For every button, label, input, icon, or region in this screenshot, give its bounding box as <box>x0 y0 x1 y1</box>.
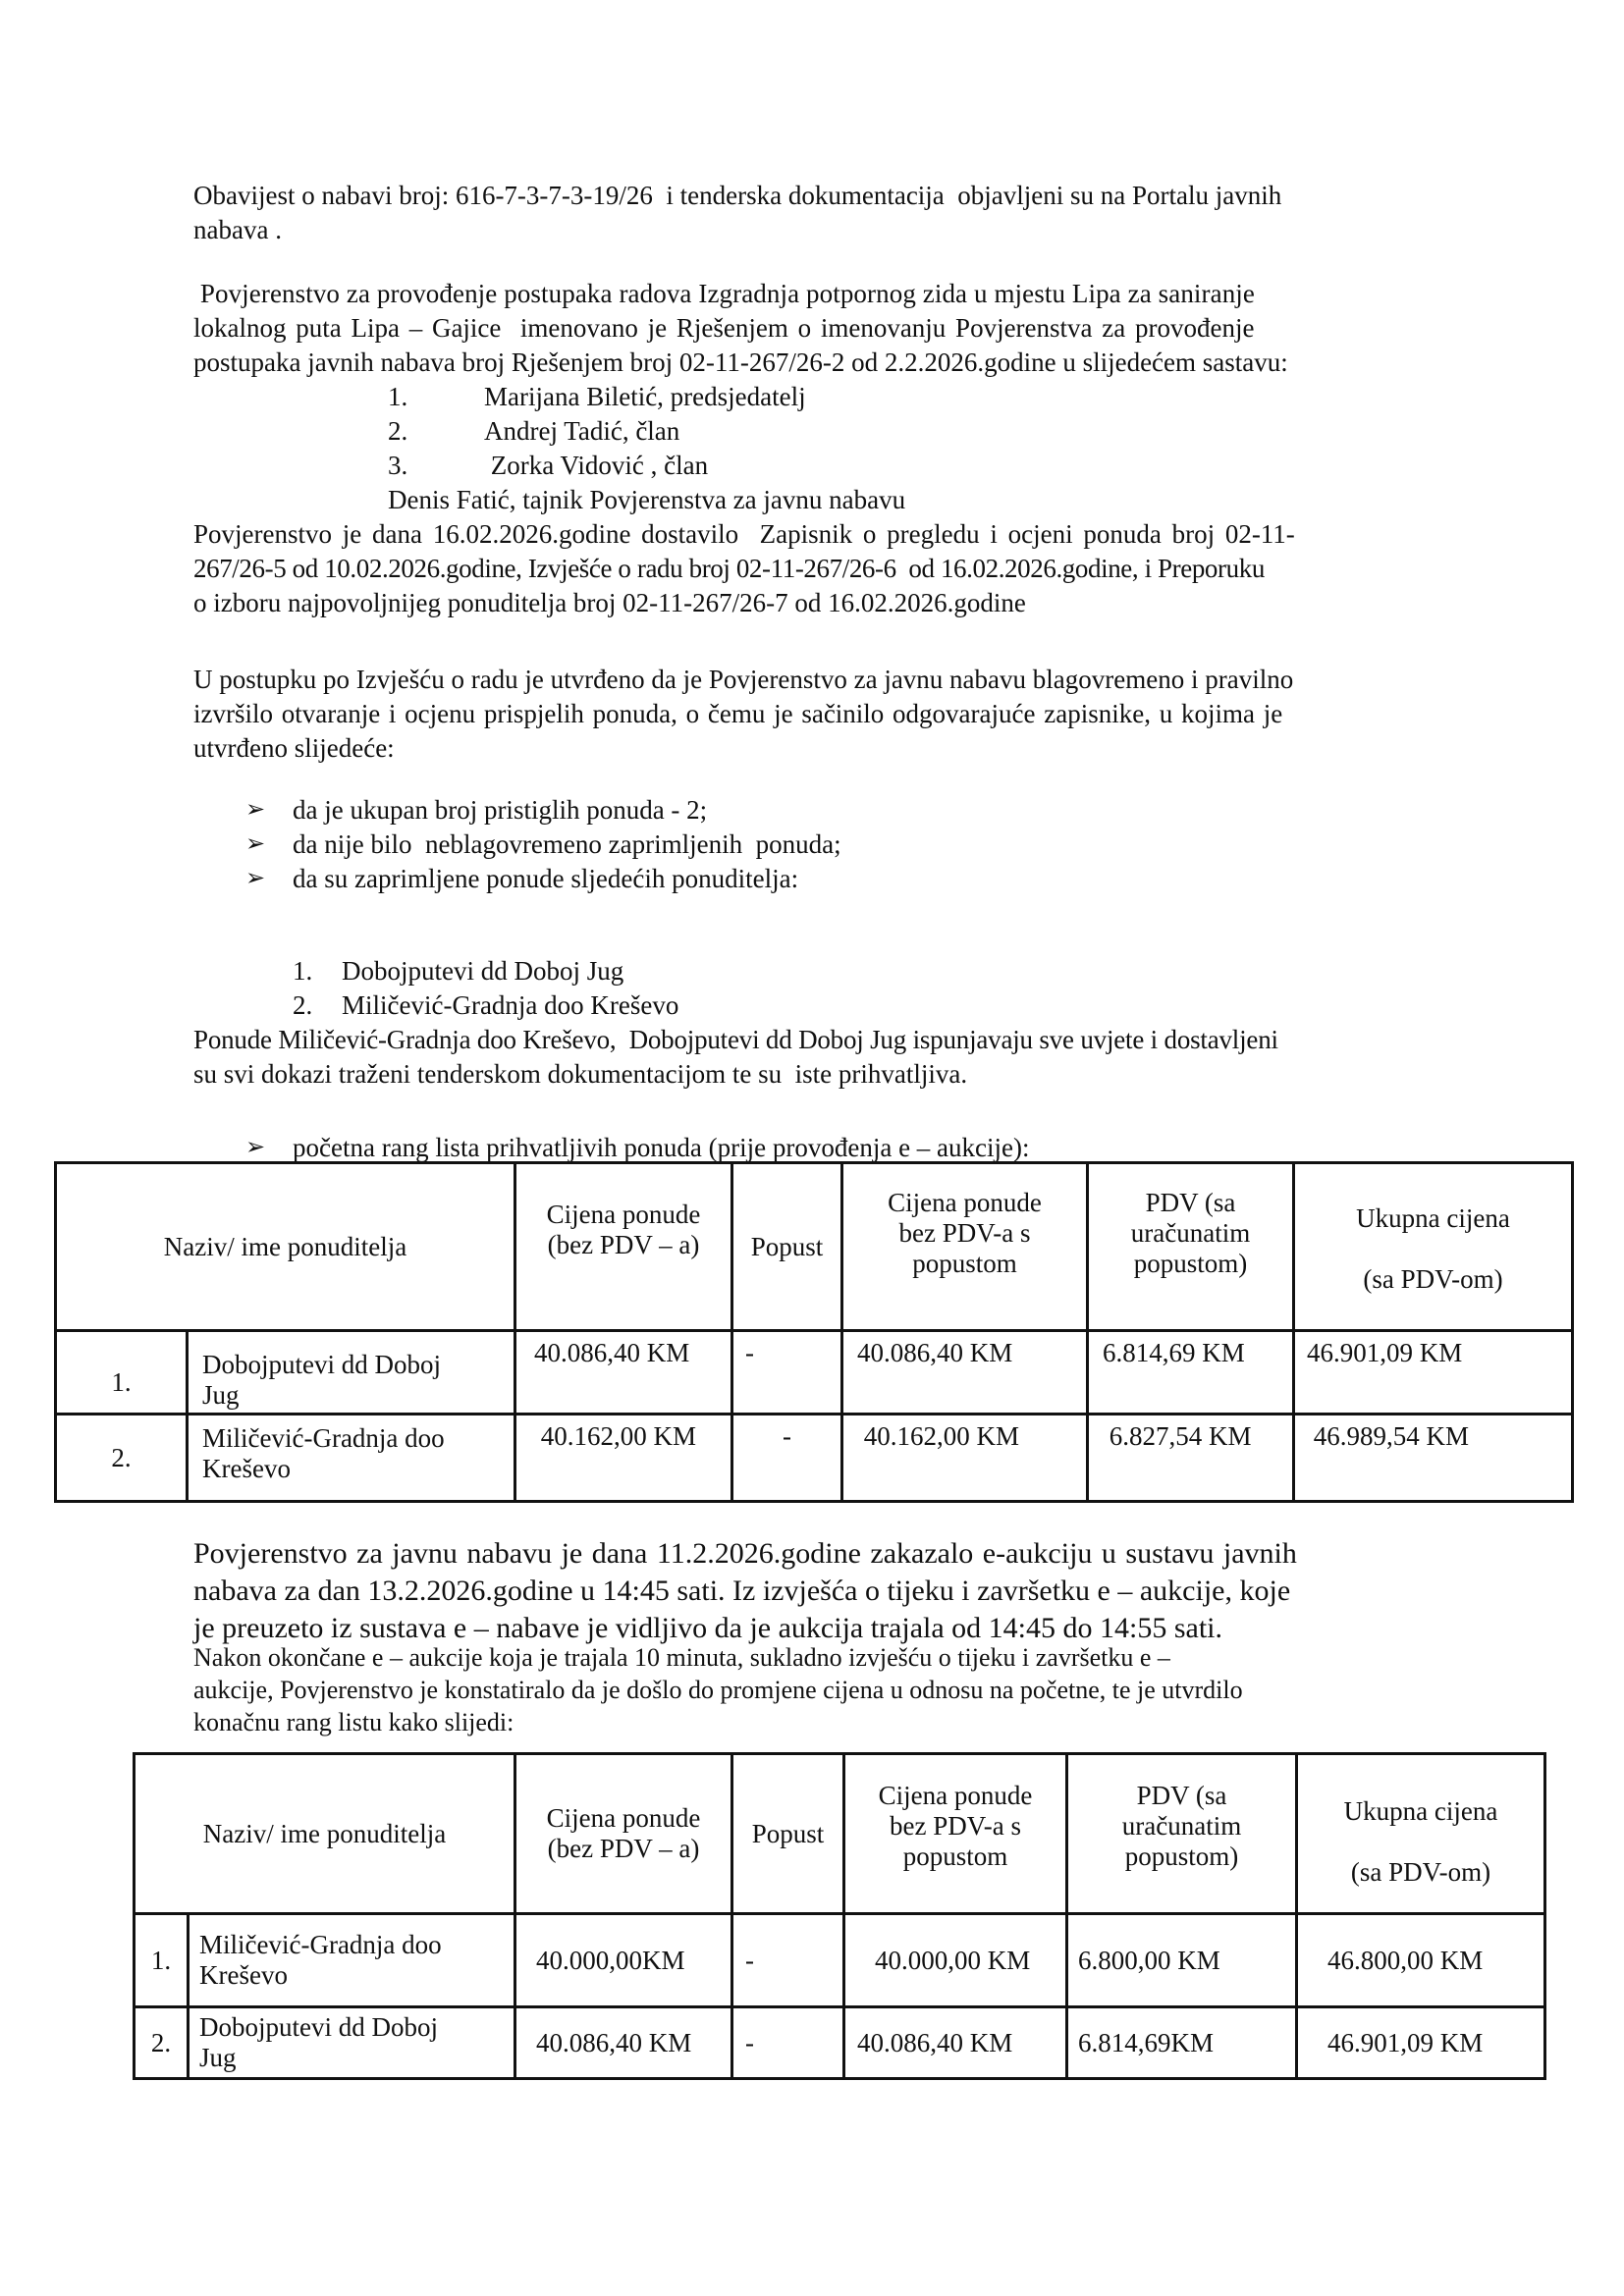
committee-line-3: postupaka javnih nabava broj Rješenjem b… <box>193 346 1288 380</box>
header-bidder-name: Naziv/ ime ponuditelja <box>56 1163 515 1331</box>
delivery-line-3: o izboru najpovoljnijeg ponuditelja broj… <box>193 586 1026 620</box>
intro-line-1: Obavijest o nabavi broj: 616-7-3-7-3-19/… <box>193 179 1433 213</box>
member-number: 3. <box>388 449 407 483</box>
price-discounted: 40.086,40 KM <box>842 1331 1088 1415</box>
price: 40.086,40 KM <box>515 1331 732 1415</box>
vat: 6.800,00 KM <box>1067 1914 1297 2007</box>
bullet-text: da nije bilo neblagovremeno zaprimljenih… <box>293 828 841 862</box>
header-discount: Popust <box>732 1163 842 1331</box>
total: 46.901,09 KM <box>1297 2007 1545 2079</box>
total: 46.989,54 KM <box>1294 1415 1573 1502</box>
arrow-bullet-icon: ➢ <box>245 1131 265 1165</box>
header-bidder-name: Naziv/ ime ponuditelja <box>135 1754 515 1914</box>
header-total: Ukupna cijena(sa PDV-om) <box>1297 1754 1545 1914</box>
committee-secretary: Denis Fatić, tajnik Povjerenstva za javn… <box>388 483 905 517</box>
bidder-number: 1. <box>293 954 312 988</box>
discount: - <box>732 2007 844 2079</box>
header-total: Ukupna cijena(sa PDV-om) <box>1294 1163 1573 1331</box>
header-vat: PDV (sauračunatimpopustom) <box>1088 1163 1294 1331</box>
bidder-name: Dobojputevi dd Doboj Jug <box>342 954 623 988</box>
auction-line-4: Nakon okončane e – aukcije koja je traja… <box>193 1641 1170 1674</box>
delivery-line-1: Povjerenstvo je dana 16.02.2026.godine d… <box>193 517 1295 552</box>
header-discount: Popust <box>732 1754 844 1914</box>
findings-line-3: utvrđeno slijedeće: <box>193 731 395 766</box>
member-name: Zorka Vidović , član <box>484 449 708 483</box>
rank: 1. <box>56 1331 188 1415</box>
arrow-bullet-icon: ➢ <box>245 862 265 896</box>
header-price: Cijena ponude(bez PDV – a) <box>515 1754 732 1914</box>
header-vat: PDV (sauračunatimpopustom) <box>1067 1754 1297 1914</box>
acceptance-line-2: su svi dokazi traženi tenderskom dokumen… <box>193 1057 967 1092</box>
total: 46.901,09 KM <box>1294 1331 1573 1415</box>
rank: 2. <box>135 2007 189 2079</box>
price-discounted: 40.000,00 KM <box>844 1914 1067 2007</box>
discount: - <box>732 1914 844 2007</box>
price-discounted: 40.162,00 KM <box>842 1415 1088 1502</box>
price: 40.086,40 KM <box>515 2007 732 2079</box>
member-number: 2. <box>388 414 407 449</box>
final-ranking-table: Naziv/ ime ponuditelja Cijena ponude(bez… <box>133 1752 1546 2080</box>
total: 46.800,00 KM <box>1297 1914 1545 2007</box>
acceptance-line-1: Ponude Miličević-Gradnja doo Kreševo, Do… <box>193 1023 1278 1057</box>
committee-line-1: Povjerenstvo za provođenje postupaka rad… <box>193 277 1255 311</box>
member-name: Andrej Tadić, član <box>484 414 679 449</box>
committee-line-2: lokalnog puta Lipa – Gajice imenovano je… <box>193 311 1254 346</box>
initial-ranking-table: Naziv/ ime ponuditelja Cijena ponude(bez… <box>54 1161 1574 1503</box>
table-row: 1. Miličević-Gradnja dooKreševo 40.000,0… <box>135 1914 1545 2007</box>
price: 40.162,00 KM <box>515 1415 732 1502</box>
rank: 1. <box>135 1914 189 2007</box>
header-price-discounted: Cijena ponudebez PDV-a spopustom <box>842 1163 1088 1331</box>
bidder-name: Dobojputevi dd DobojJug <box>188 1331 515 1415</box>
findings-line-1: U postupku po Izvješću o radu je utvrđen… <box>193 663 1293 697</box>
auction-line-5: aukcije, Povjerenstvo je konstatiralo da… <box>193 1674 1243 1706</box>
findings-line-2: izvršilo otvaranje i ocjenu prispjelih p… <box>193 697 1282 731</box>
member-name: Marijana Biletić, predsjedatelj <box>484 380 806 414</box>
auction-line-6: konačnu rang listu kako slijedi: <box>193 1706 514 1738</box>
table-header-row: Naziv/ ime ponuditelja Cijena ponude(bez… <box>56 1163 1573 1331</box>
arrow-bullet-icon: ➢ <box>245 828 265 862</box>
price: 40.000,00KM <box>515 1914 732 2007</box>
bidder-name: Miličević-Gradnja dooKreševo <box>188 1415 515 1502</box>
table-row: 1. Dobojputevi dd DobojJug 40.086,40 KM … <box>56 1331 1573 1415</box>
vat: 6.814,69KM <box>1067 2007 1297 2079</box>
rank: 2. <box>56 1415 188 1502</box>
discount: - <box>732 1415 842 1502</box>
price-discounted: 40.086,40 KM <box>844 2007 1067 2079</box>
auction-line-2: nabava za dan 13.2.2026.godine u 14:45 s… <box>193 1573 1290 1610</box>
discount: - <box>732 1331 842 1415</box>
bidder-name: Miličević-Gradnja dooKreševo <box>189 1914 515 2007</box>
arrow-bullet-icon: ➢ <box>245 793 265 828</box>
member-number: 1. <box>388 380 407 414</box>
table-header-row: Naziv/ ime ponuditelja Cijena ponude(bez… <box>135 1754 1545 1914</box>
intro-text: Obavijest o nabavi broj: 616-7-3-7-3-19/… <box>193 179 1433 213</box>
auction-line-1: Povjerenstvo za javnu nabavu je dana 11.… <box>193 1535 1297 1573</box>
bidder-number: 2. <box>293 988 312 1023</box>
initial-list-heading: početna rang lista prihvatljivih ponuda … <box>293 1131 1030 1165</box>
header-price-discounted: Cijena ponudebez PDV-a spopustom <box>844 1754 1067 1914</box>
delivery-line-2: 267/26-5 od 10.02.2026.godine, Izvješće … <box>193 552 1265 586</box>
table-row: 2. Dobojputevi dd DobojJug 40.086,40 KM … <box>135 2007 1545 2079</box>
header-price: Cijena ponude(bez PDV – a) <box>515 1163 732 1331</box>
intro-line-2: nabava . <box>193 213 282 247</box>
bidder-name: Miličević-Gradnja doo Kreševo <box>342 988 678 1023</box>
bullet-text: da je ukupan broj pristiglih ponuda - 2; <box>293 793 707 828</box>
vat: 6.827,54 KM <box>1088 1415 1294 1502</box>
bullet-text: da su zaprimljene ponude sljedećih ponud… <box>293 862 798 896</box>
vat: 6.814,69 KM <box>1088 1331 1294 1415</box>
table-row: 2. Miličević-Gradnja dooKreševo 40.162,0… <box>56 1415 1573 1502</box>
bidder-name: Dobojputevi dd DobojJug <box>189 2007 515 2079</box>
